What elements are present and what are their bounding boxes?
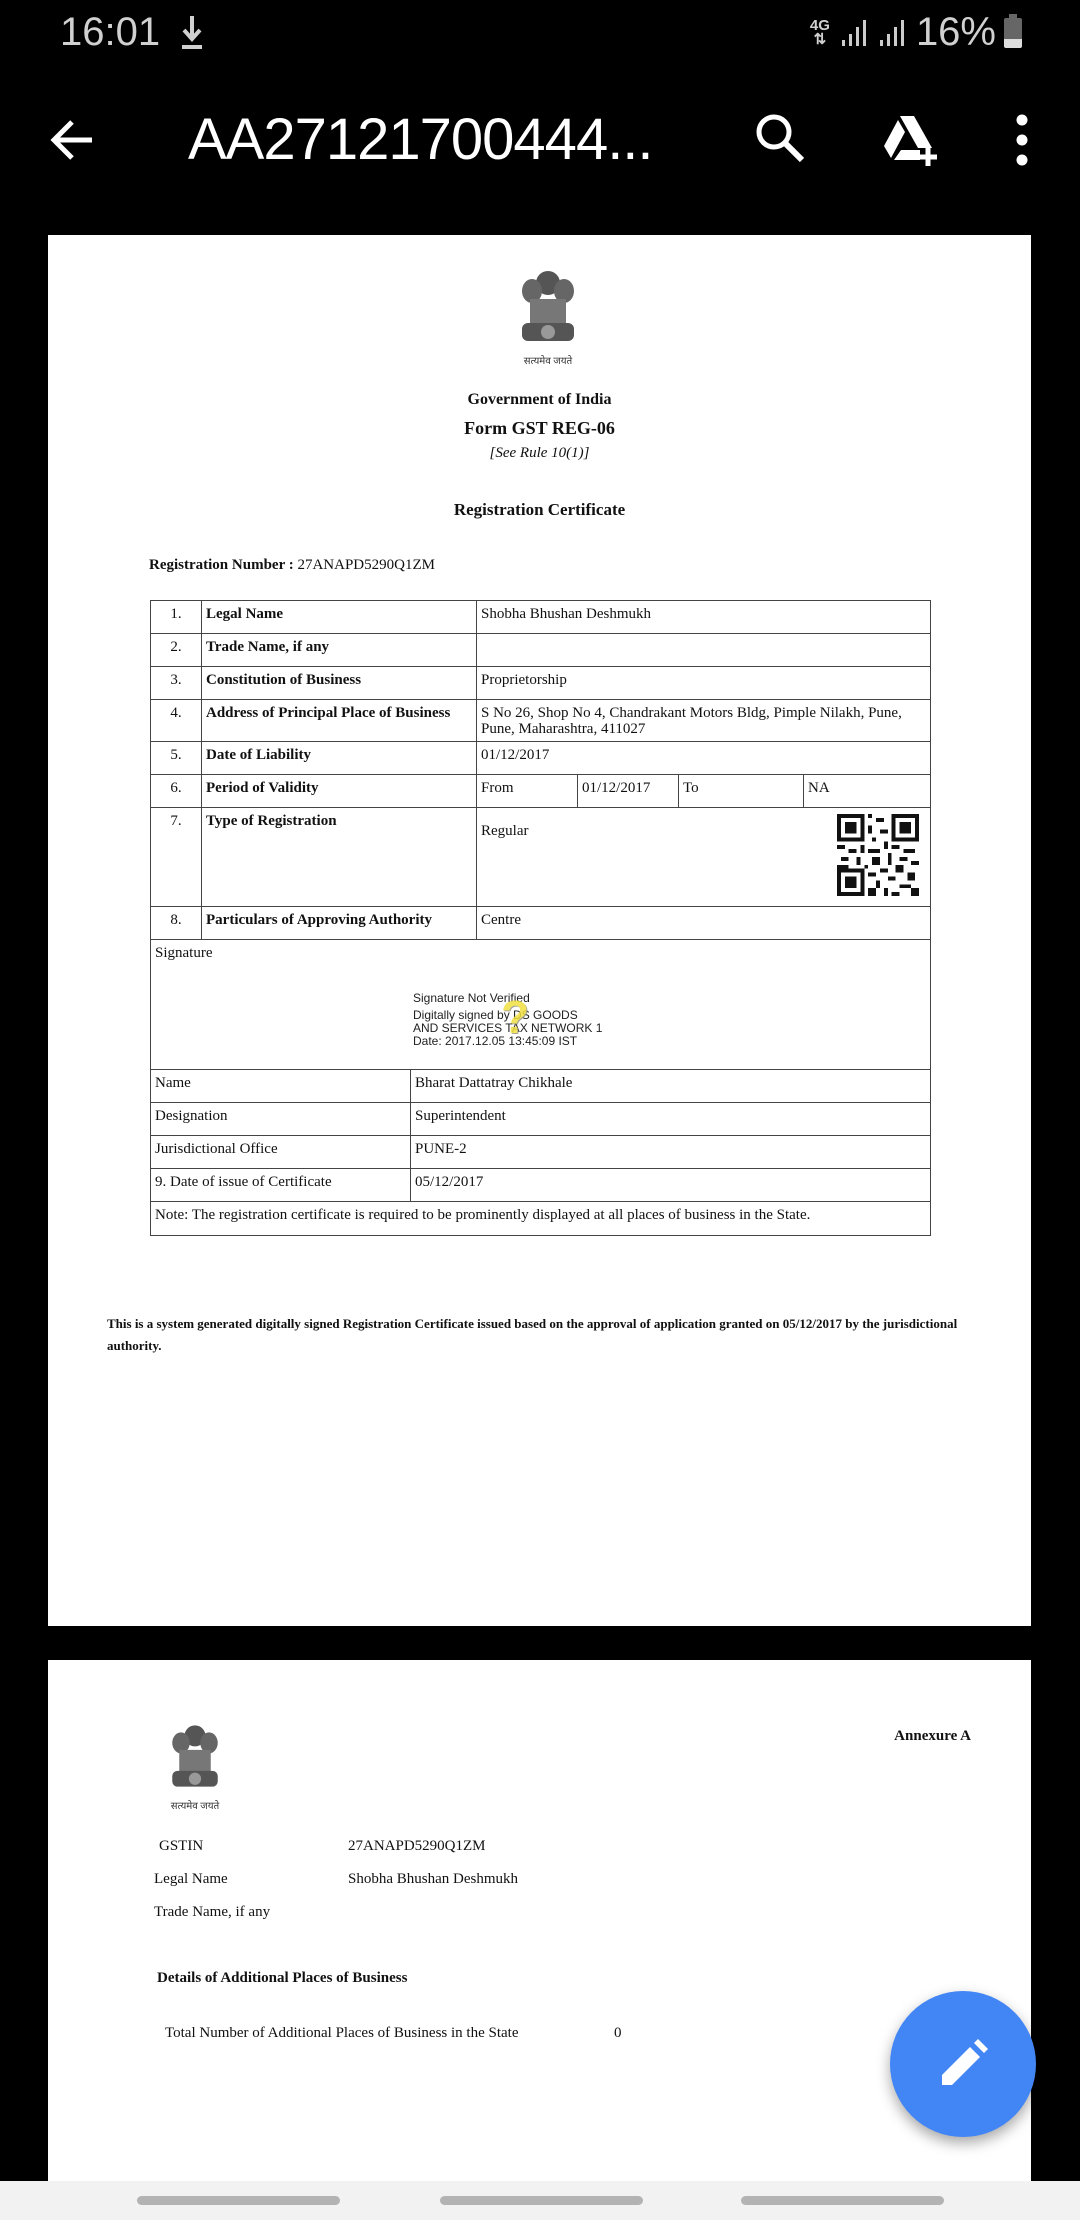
back-arrow-icon[interactable] bbox=[46, 112, 102, 168]
table-row: Jurisdictional Office PUNE-2 bbox=[151, 1136, 930, 1169]
additional-places-heading: Details of Additional Places of Business bbox=[157, 1970, 407, 1987]
national-emblem: सत्यमेव जयते bbox=[508, 261, 588, 365]
table-row: 5. Date of Liability 01/12/2017 bbox=[151, 742, 930, 775]
rule-reference: [See Rule 10(1)] bbox=[48, 445, 1031, 462]
legal-name-label: Legal Name bbox=[154, 1871, 228, 1888]
gstin-value: 27ANAPD5290Q1ZM bbox=[348, 1838, 486, 1855]
document-title: AA27121700444... bbox=[188, 106, 653, 173]
additional-places-label: Total Number of Additional Places of Bus… bbox=[165, 2025, 518, 2042]
signature-unverified-icon: ? bbox=[501, 990, 529, 1044]
table-row: 8. Particulars of Approving Authority Ce… bbox=[151, 907, 930, 940]
scroll-indicator[interactable] bbox=[440, 2196, 643, 2205]
registration-number: Registration Number : 27ANAPD5290Q1ZM bbox=[149, 557, 435, 574]
page-scroll-bar bbox=[0, 2181, 1080, 2220]
table-row: Name Bharat Dattatray Chikhale bbox=[151, 1070, 930, 1103]
table-row: 2. Trade Name, if any bbox=[151, 634, 930, 667]
additional-places-count: 0 bbox=[614, 2025, 622, 2042]
system-generated-note: This is a system generated digitally sig… bbox=[107, 1313, 1007, 1357]
legal-name-value: Shobha Bhushan Deshmukh bbox=[348, 1871, 518, 1888]
status-time: 16:01 bbox=[60, 10, 160, 55]
table-row: Designation Superintendent bbox=[151, 1103, 930, 1136]
form-heading: Form GST REG-06 bbox=[48, 418, 1031, 439]
registration-table: 1. Legal Name Shobha Bhushan Deshmukh 2.… bbox=[150, 600, 931, 1236]
scroll-indicator[interactable] bbox=[137, 2196, 340, 2205]
drive-add-icon[interactable] bbox=[880, 112, 940, 168]
gstin-label: GSTIN bbox=[159, 1838, 203, 1855]
status-bar: 16:01 4G⇅ 16% bbox=[0, 0, 1080, 66]
trade-name-label: Trade Name, if any bbox=[154, 1904, 270, 1921]
gov-heading: Government of India bbox=[48, 391, 1031, 409]
more-vert-icon[interactable] bbox=[1000, 110, 1044, 170]
signal-icon bbox=[840, 18, 870, 48]
table-row: Note: The registration certificate is re… bbox=[151, 1202, 930, 1235]
pdf-page-2: सत्यमेव जयते Annexure A GSTIN 27ANAPD529… bbox=[48, 1660, 1031, 2220]
table-row: 9. Date of issue of Certificate 05/12/20… bbox=[151, 1169, 930, 1202]
certificate-title: Registration Certificate bbox=[48, 500, 1031, 520]
table-row: 3. Constitution of Business Proprietorsh… bbox=[151, 667, 930, 700]
search-icon[interactable] bbox=[752, 110, 808, 166]
emblem-icon bbox=[508, 261, 588, 351]
table-row: 4. Address of Principal Place of Busines… bbox=[151, 700, 930, 742]
table-row: 6. Period of Validity From 01/12/2017 To… bbox=[151, 775, 930, 808]
signal-icon bbox=[878, 18, 908, 48]
edit-fab-button[interactable] bbox=[890, 1991, 1036, 2137]
table-row: 1. Legal Name Shobha Bhushan Deshmukh bbox=[151, 601, 930, 634]
emblem-icon bbox=[160, 1715, 230, 1797]
network-indicator: 4G⇅ bbox=[808, 19, 832, 47]
battery-percent: 16% bbox=[916, 10, 996, 55]
display-note: Note: The registration certificate is re… bbox=[151, 1202, 930, 1235]
battery-icon bbox=[1004, 18, 1022, 48]
edit-pencil-icon bbox=[936, 2037, 990, 2091]
qr-code bbox=[837, 814, 919, 896]
download-icon bbox=[178, 12, 206, 52]
national-emblem: सत्यमेव जयते bbox=[160, 1715, 230, 1810]
pdf-page-1: सत्यमेव जयते Government of India Form GS… bbox=[48, 235, 1031, 1626]
app-bar: AA27121700444... bbox=[0, 66, 1080, 220]
annexure-heading: Annexure A bbox=[894, 1728, 971, 1745]
table-row: 7. Type of Registration Regular bbox=[151, 808, 930, 907]
signature-row: Signature Signature Not Verified Digital… bbox=[151, 940, 930, 1070]
scroll-indicator[interactable] bbox=[741, 2196, 944, 2205]
